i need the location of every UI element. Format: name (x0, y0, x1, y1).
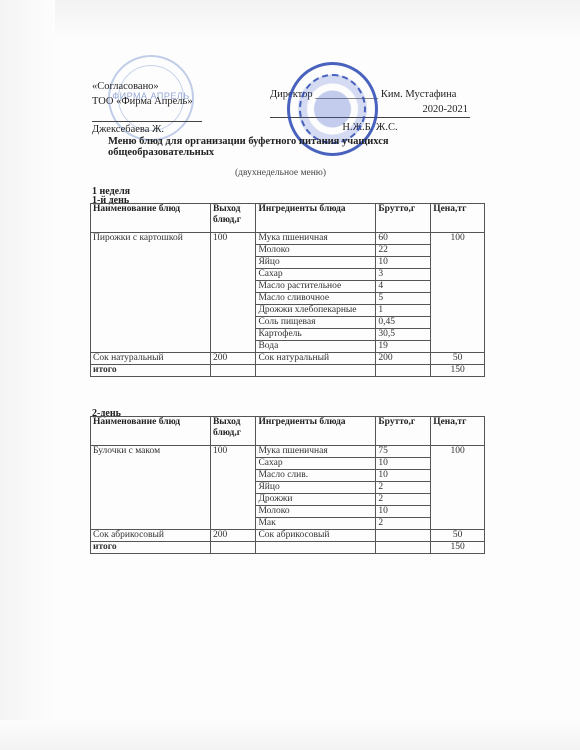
menu-table-day-1: Наименование блюдВыход блюд,гИнгредиенты… (90, 203, 485, 377)
dish-price: 100 (431, 233, 485, 353)
ingredient-gross: 10 (376, 458, 431, 470)
table-header-row: Наименование блюдВыход блюд,гИнгредиенты… (91, 417, 485, 446)
ingredient-name: Сахар (256, 269, 376, 281)
table-row: Булочки с маком100Мука пшеничная75100 (91, 446, 485, 458)
column-header: Наименование блюд (91, 204, 211, 233)
ingredient-name: Картофель (256, 329, 376, 341)
menu-table-day-2: Наименование блюдВыход блюд,гИнгредиенты… (90, 416, 485, 554)
empty-cell (210, 542, 256, 554)
ingredient-gross: 4 (376, 281, 431, 293)
table-row: Сок натуральный200Сок натуральный20050 (91, 353, 485, 365)
ingredient-name: Яйцо (256, 482, 376, 494)
total-label: итого (91, 365, 211, 377)
column-header: Выход блюд,г (210, 417, 256, 446)
dish-yield: 100 (210, 233, 256, 353)
ingredient-name: Мак (256, 518, 376, 530)
column-header: Ингредиенты блюда (256, 204, 376, 233)
column-header: Наименование блюд (91, 417, 211, 446)
approved-signer: Джексебаева Ж. (92, 122, 202, 137)
ingredient-gross: 10 (376, 257, 431, 269)
ingredient-gross: 22 (376, 245, 431, 257)
ingredient-gross: 75 (376, 446, 431, 458)
drink-ingredient: Сок натуральный (256, 353, 376, 365)
total-label: итого (91, 542, 211, 554)
drink-gross: 200 (376, 353, 431, 365)
ingredient-name: Дрожжи (256, 494, 376, 506)
ingredient-name: Соль пищевая (256, 317, 376, 329)
ingredient-gross: 2 (376, 494, 431, 506)
ingredient-name: Дрожжи хлебопекарные (256, 305, 376, 317)
drink-name: Сок абрикосовый (91, 530, 211, 542)
empty-cell (256, 365, 376, 377)
document-title: Меню блюд для организации буфетного пита… (108, 136, 488, 158)
dish-yield: 100 (210, 446, 256, 530)
ingredient-gross: 5 (376, 293, 431, 305)
ingredient-name: Молоко (256, 245, 376, 257)
scan-edge-bottom (0, 720, 580, 750)
drink-name: Сок натуральный (91, 353, 211, 365)
ingredient-name: Мука пшеничная (256, 446, 376, 458)
dish-name: Пирожки с картошкой (91, 233, 211, 353)
column-header: Выход блюд,г (210, 204, 256, 233)
ingredient-gross: 3 (376, 269, 431, 281)
approval-block: «Согласовано» ТОО «Фирма Апрель» Джексеб… (92, 79, 202, 137)
drink-gross (376, 530, 431, 542)
ingredient-name: Мука пшеничная (256, 233, 376, 245)
dish-price: 100 (431, 446, 485, 530)
column-header: Брутто,г (376, 417, 431, 446)
ingredient-gross: 1 (376, 305, 431, 317)
table-row: Пирожки с картошкой100Мука пшеничная6010… (91, 233, 485, 245)
drink-price: 50 (431, 530, 485, 542)
total-row: итого150 (91, 542, 485, 554)
drink-yield: 200 (210, 353, 256, 365)
empty-cell (210, 365, 256, 377)
approved-org: ТОО «Фирма Апрель» (92, 94, 202, 109)
ingredient-name: Масло сливочное (256, 293, 376, 305)
total-price: 150 (431, 365, 485, 377)
ingredient-gross: 2 (376, 518, 431, 530)
column-header: Цена,тг (431, 204, 485, 233)
ingredient-gross: 10 (376, 506, 431, 518)
dish-name: Булочки с маком (91, 446, 211, 530)
ingredient-gross: 0,45 (376, 317, 431, 329)
ingredient-name: Сахар (256, 458, 376, 470)
ingredient-gross: 2 (376, 482, 431, 494)
document-subtitle: (двухнедельное меню) (235, 168, 326, 178)
signature-line (92, 109, 202, 122)
drink-yield: 200 (210, 530, 256, 542)
total-price: 150 (431, 542, 485, 554)
drink-price: 50 (431, 353, 485, 365)
approved-label: «Согласовано» (92, 79, 202, 94)
drink-ingredient: Сок абрикосовый (256, 530, 376, 542)
ingredient-name: Молоко (256, 506, 376, 518)
column-header: Ингредиенты блюда (256, 417, 376, 446)
scan-edge-left (0, 0, 55, 750)
ingredient-name: Яйцо (256, 257, 376, 269)
ingredient-name: Масло растительное (256, 281, 376, 293)
ingredient-gross: 10 (376, 470, 431, 482)
column-header: Цена,тг (431, 417, 485, 446)
column-header: Брутто,г (376, 204, 431, 233)
ingredient-gross: 30,5 (376, 329, 431, 341)
ingredient-gross: 60 (376, 233, 431, 245)
ingredient-name: Вода (256, 341, 376, 353)
ingredient-gross: 19 (376, 341, 431, 353)
total-row: итого150 (91, 365, 485, 377)
empty-cell (376, 542, 431, 554)
table-header-row: Наименование блюдВыход блюд,гИнгредиенты… (91, 204, 485, 233)
scan-edge-top (0, 0, 580, 40)
ingredient-name: Масло слив. (256, 470, 376, 482)
table-row: Сок абрикосовый200Сок абрикосовый50 (91, 530, 485, 542)
empty-cell (376, 365, 431, 377)
empty-cell (256, 542, 376, 554)
